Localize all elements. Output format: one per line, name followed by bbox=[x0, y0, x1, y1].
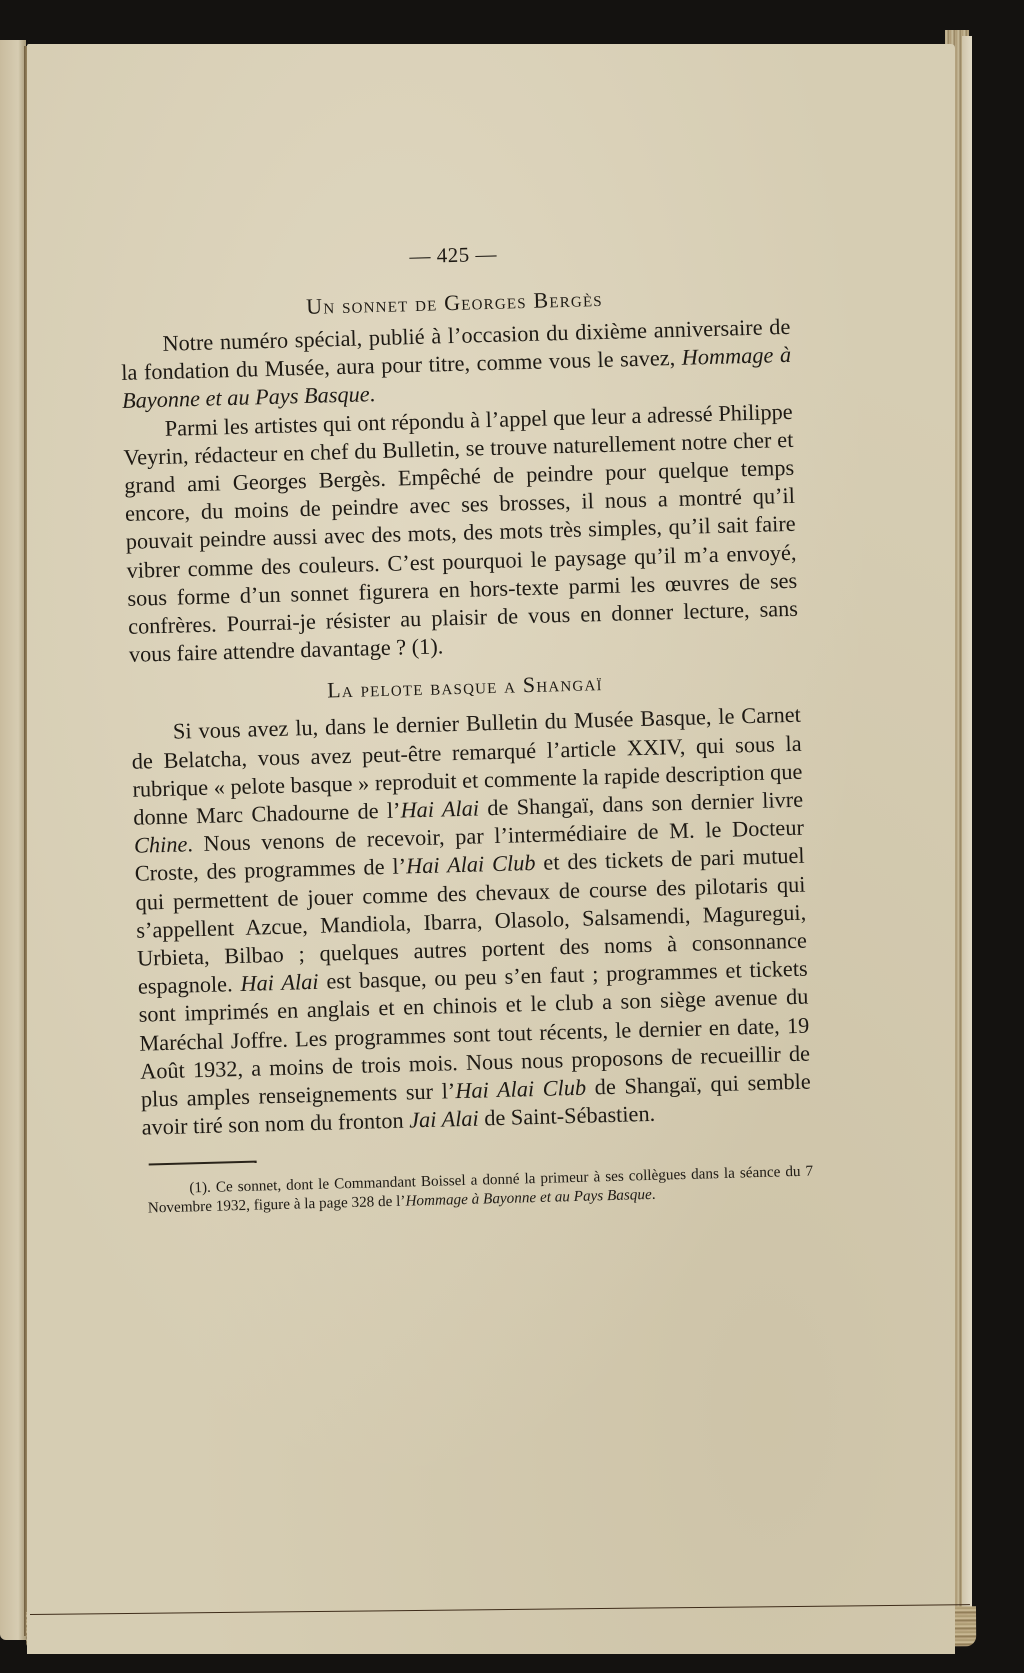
right-edge-sheet bbox=[962, 36, 972, 1636]
footnote-text: . bbox=[651, 1186, 655, 1203]
paragraph-pelote-body: Si vous avez lu, dans le dernier Bulleti… bbox=[131, 701, 812, 1142]
footnote-divider bbox=[149, 1161, 257, 1166]
italic-hai-alai-club: Hai Alai Club bbox=[455, 1075, 586, 1104]
section-title-pelote: La pelote basque a Shangaï bbox=[130, 665, 800, 709]
left-page-edge bbox=[0, 40, 26, 1640]
italic-jai-alai: Jai Alai bbox=[409, 1106, 479, 1133]
paragraph-sonnet-body: Parmi les artistes qui ont répondu à l’a… bbox=[122, 397, 799, 669]
paragraph-text: de Saint-Sébastien. bbox=[478, 1101, 655, 1131]
paragraph-text: . bbox=[369, 382, 375, 407]
italic-hai-alai: Hai Alai bbox=[400, 795, 479, 822]
italic-hai-alai-club: Hai Alai Club bbox=[406, 850, 536, 878]
italic-chine: Chine bbox=[134, 832, 188, 858]
page-text-block: — 425 — Un sonnet de Georges Bergès Notr… bbox=[118, 234, 814, 1218]
italic-hai-alai: Hai Alai bbox=[240, 969, 319, 996]
